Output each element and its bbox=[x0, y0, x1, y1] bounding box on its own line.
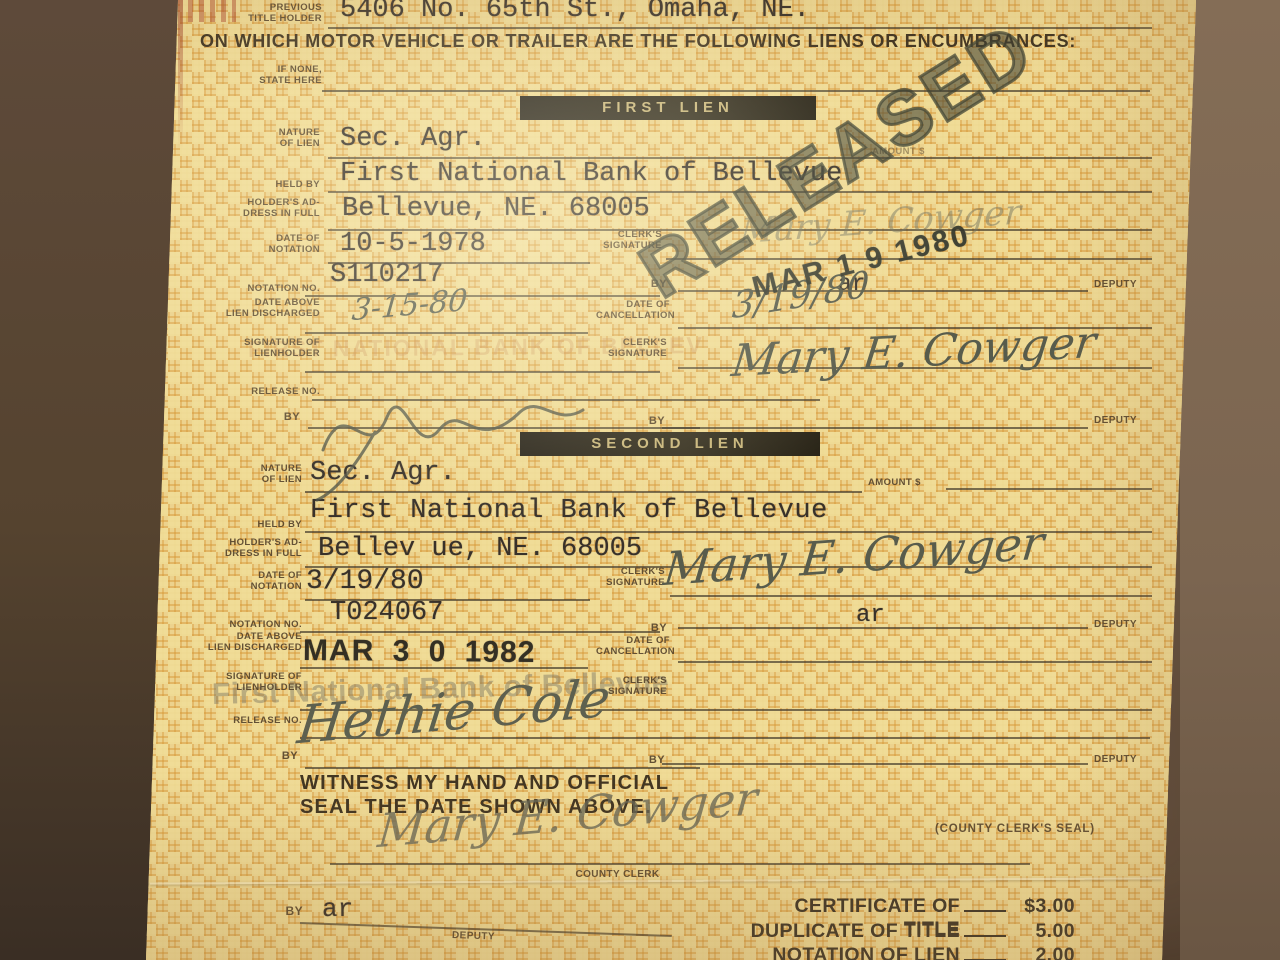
first-lien-date-of-notation: 10-5-1978 bbox=[340, 229, 486, 259]
fee-dash-line bbox=[964, 896, 1006, 912]
held-by-label: HELD BY bbox=[248, 519, 302, 530]
signature-of-lienholder-label: SIGNATURE OF LIENHOLDER bbox=[210, 337, 320, 359]
fee-row-duplicate: DUPLICATE OF TITLE 5.00 bbox=[735, 920, 1075, 943]
second-lien-held-by-value: First National Bank of Bellevue bbox=[310, 496, 828, 526]
paper-left-edge-mark bbox=[178, 0, 183, 150]
form-line bbox=[670, 595, 1152, 597]
holder-address-label: HOLDER'S AD- DRESS IN FULL bbox=[204, 537, 302, 559]
date-discharged-label: DATE ABOVE LIEN DISCHARGED bbox=[210, 297, 320, 319]
by-label: BY bbox=[278, 412, 300, 423]
clerks-signature-label: CLERK'S SIGNATURE bbox=[598, 566, 665, 588]
nature-of-lien-label: NATURE OF LIEN bbox=[232, 463, 302, 485]
deputy-label: DEPUTY bbox=[452, 930, 508, 943]
form-line bbox=[662, 763, 1088, 765]
form-line bbox=[330, 863, 1030, 865]
holder-address-label: HOLDER'S AD- DRESS IN FULL bbox=[222, 197, 320, 219]
table-background-right bbox=[1180, 0, 1280, 960]
second-lien-date-discharged-stamp: MAR 3 0 1982 bbox=[303, 634, 536, 670]
county-clerk-label: COUNTY CLERK bbox=[545, 869, 690, 880]
first-lien-header: FIRST LIEN bbox=[520, 96, 816, 120]
second-lien-by-initials: ar bbox=[856, 602, 885, 629]
form-line bbox=[662, 427, 1088, 429]
nature-of-lien-label: NATURE OF LIEN bbox=[250, 127, 320, 149]
by-label: BY bbox=[279, 906, 303, 917]
deputy-label: DEPUTY bbox=[1094, 279, 1150, 290]
deputy-label: DEPUTY bbox=[1094, 619, 1150, 630]
by-label: BY bbox=[643, 755, 665, 766]
if-none-label: IF NONE, STATE HERE bbox=[240, 64, 322, 86]
release-no-label: RELEASE NO. bbox=[228, 386, 320, 397]
notation-no-label: NOTATION NO. bbox=[204, 619, 302, 630]
held-by-label: HELD BY bbox=[253, 179, 320, 190]
notation-no-label: NOTATION NO. bbox=[222, 283, 320, 294]
red-weave-marks bbox=[188, 0, 236, 22]
form-line bbox=[678, 661, 1152, 663]
fee-label: NOTATION OF LIEN bbox=[735, 944, 960, 960]
fee-amount: 5.00 bbox=[1010, 920, 1075, 943]
fee-dash-line bbox=[964, 945, 1006, 960]
footer-by-initials: ar bbox=[322, 894, 353, 924]
previous-title-holder-label: PREVIOUS TITLE HOLDER bbox=[225, 2, 322, 24]
date-discharged-label: DATE ABOVE LIEN DISCHARGED bbox=[192, 631, 302, 653]
first-lien-by-signature-scrawl bbox=[315, 372, 590, 477]
second-lien-clerk-signature-handwriting: Mary E. Cowger bbox=[661, 515, 1047, 596]
second-lien-notation-no: T024067 bbox=[330, 598, 443, 628]
previous-title-holder-value: 5406 No. 65th St., Omaha, NE. bbox=[340, 0, 810, 25]
second-lien-date-of-notation: 3/19/80 bbox=[306, 566, 424, 597]
fee-label: DUPLICATE OF TITLE bbox=[735, 920, 960, 943]
fee-row-notation: NOTATION OF LIEN 2.00 bbox=[735, 944, 1075, 960]
fee-dash-line bbox=[964, 921, 1006, 937]
form-line bbox=[305, 491, 862, 493]
deputy-label: DEPUTY bbox=[1094, 754, 1150, 765]
fee-amount: $3.00 bbox=[1010, 895, 1075, 918]
fee-amount: 2.00 bbox=[1010, 944, 1075, 960]
form-line bbox=[328, 27, 1152, 29]
form-line bbox=[300, 631, 660, 633]
date-of-cancellation-label: DATE OF CANCELLATION bbox=[596, 635, 670, 657]
date-of-notation-label: DATE OF NOTATION bbox=[220, 570, 302, 592]
by-label: BY bbox=[643, 416, 665, 427]
title-document-paper: PREVIOUS TITLE HOLDER 5406 No. 65th St.,… bbox=[0, 0, 1280, 960]
clerks-signature-label: CLERK'S SIGNATURE bbox=[600, 337, 667, 359]
signature-of-lienholder-label: SIGNATURE OF LIENHOLDER bbox=[192, 671, 302, 693]
county-clerk-seal-note: (COUNTY CLERK'S SEAL) bbox=[935, 824, 1165, 835]
release-no-label: RELEASE NO. bbox=[210, 715, 302, 726]
first-lien-nature-value: Sec. Agr. bbox=[340, 124, 486, 154]
form-line bbox=[305, 767, 700, 769]
date-of-notation-label: DATE OF NOTATION bbox=[238, 233, 320, 255]
amount-label: AMOUNT $ bbox=[868, 477, 938, 488]
deputy-label: DEPUTY bbox=[1094, 415, 1150, 426]
document-photo: PREVIOUS TITLE HOLDER 5406 No. 65th St.,… bbox=[0, 0, 1280, 960]
by-label: BY bbox=[645, 623, 667, 634]
date-of-cancellation-label: DATE OF CANCELLATION bbox=[596, 299, 670, 321]
form-line bbox=[946, 488, 1152, 490]
first-lien-address-value: Bellevue, NE. 68005 bbox=[342, 194, 650, 224]
second-lien-address-value: Bellev ue, NE. 68005 bbox=[318, 534, 642, 564]
